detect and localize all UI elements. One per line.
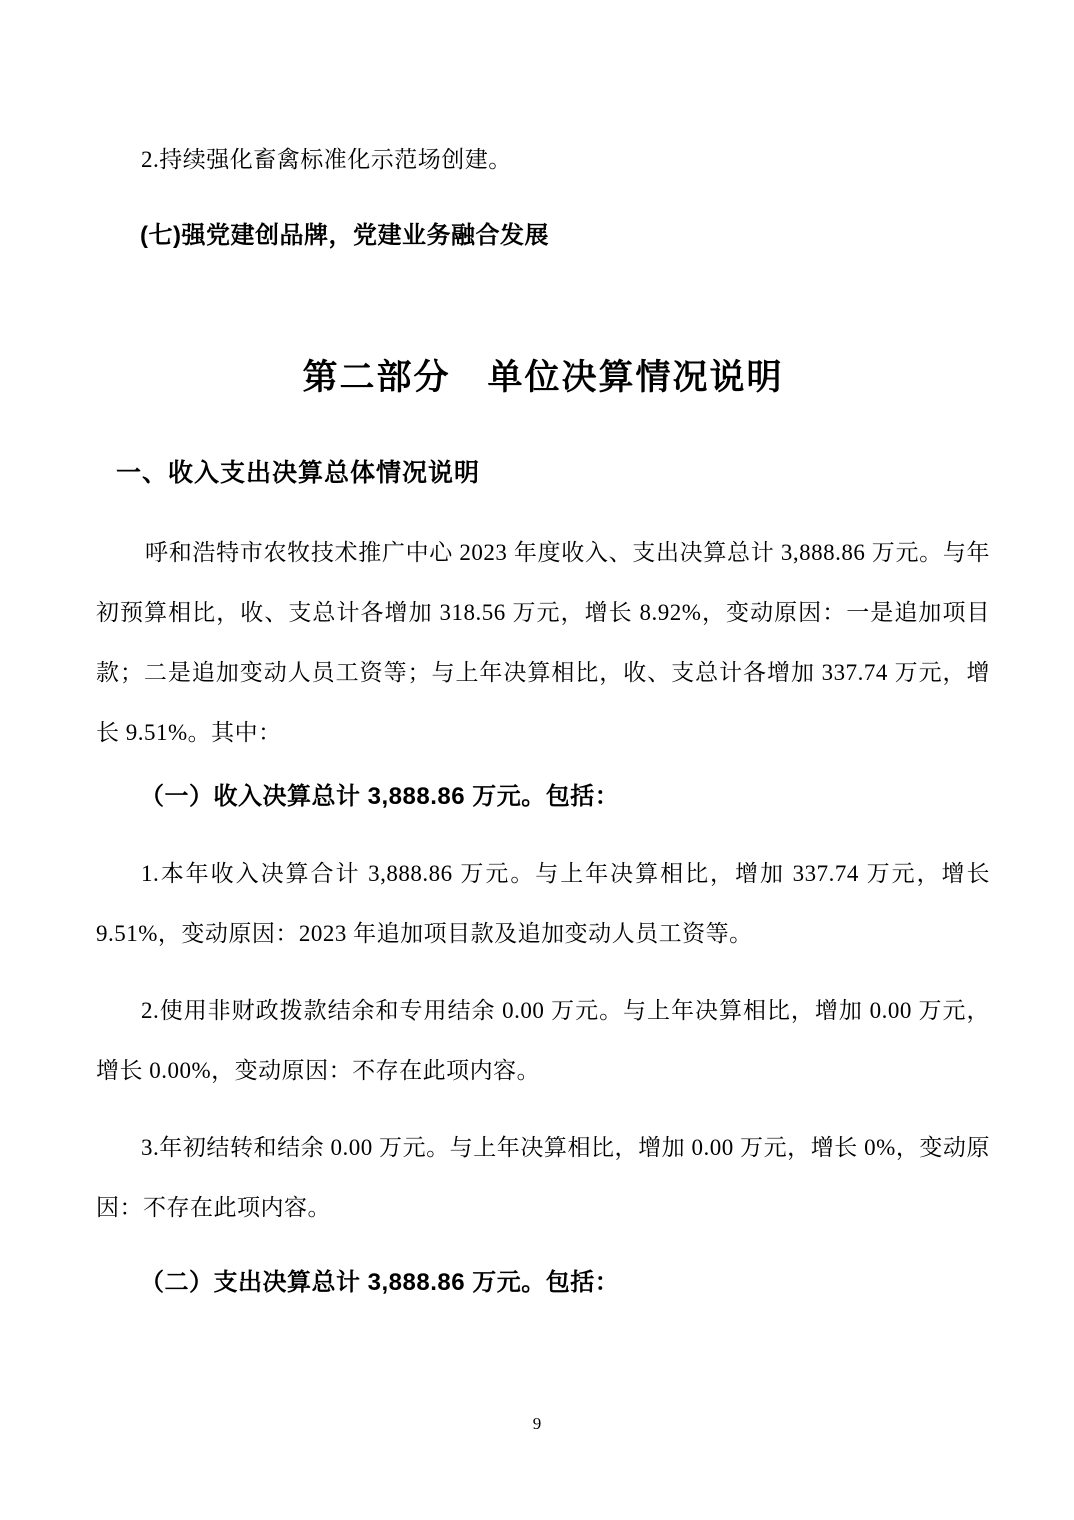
income-item-1: 1.本年收入决算合计 3,888.86 万元。与上年决算相比，增加 337.74…: [96, 844, 990, 964]
expense-total-heading: （二）支出决算总计 3,888.86 万元。包括：: [96, 1253, 990, 1313]
page-number: 9: [0, 1414, 1074, 1434]
overview-paragraph: 呼和浩特市农牧技术推广中心 2023 年度收入、支出决算总计 3,888.86 …: [96, 523, 990, 763]
document-page: 2.持续强化畜禽标准化示范场创建。 (七)强党建创品牌，党建业务融合发展 第二部…: [0, 0, 1074, 1520]
income-total-heading: （一）收入决算总计 3,888.86 万元。包括：: [96, 767, 990, 827]
subsection-heading-7: (七)强党建创品牌，党建业务融合发展: [96, 206, 990, 266]
income-item-3: 3.年初结转和结余 0.00 万元。与上年决算相比，增加 0.00 万元，增长 …: [96, 1118, 990, 1238]
income-item-2: 2.使用非财政拨款结余和专用结余 0.00 万元。与上年决算相比，增加 0.00…: [96, 981, 990, 1101]
list-item-2: 2.持续强化畜禽标准化示范场创建。: [96, 130, 990, 190]
part-title: 第二部分 单位决算情况说明: [96, 338, 990, 418]
section-heading-1: 一、收入支出决算总体情况说明: [96, 443, 990, 503]
